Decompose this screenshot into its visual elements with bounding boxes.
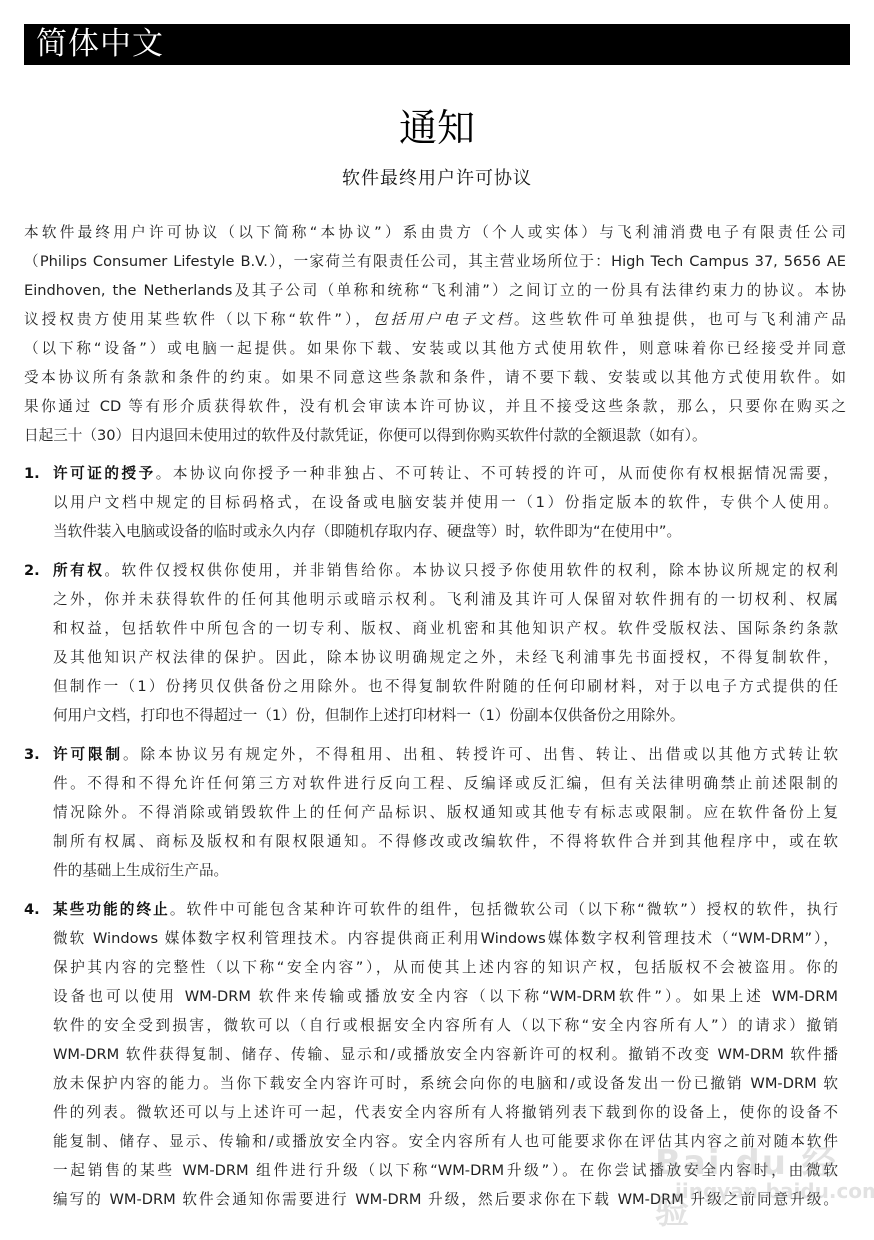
- text-line: 编写的 WM-DRM 软件会通知你需要进行 WM-DRM 升级，然后要求你在下载…: [53, 1189, 838, 1211]
- text-line: 能复制、储存、显示、传输和/或播放安全内容。安全内容所有人也可能要求你在评估其内…: [53, 1131, 838, 1153]
- section-number: 2.: [24, 560, 40, 582]
- text-line: 软件的安全受到损害，微软可以（自行或根据安全内容所有人（以下称“安全内容所有人”…: [53, 1015, 838, 1037]
- italic-phrase: 包括用户电子文档: [373, 311, 514, 328]
- text-line: 和权益，包括软件中所包含的一切专利、版权、商业机密和其他知识产权。软件受版权法、…: [53, 618, 838, 640]
- text-line: 许可限制。除本协议另有规定外，不得租用、出租、转授许可、出售、转让、出借或以其他…: [53, 744, 838, 766]
- text-line: 及其他知识产权法律的保护。因此，除本协议明确规定之外，未经飞利浦事先书面授权，不…: [53, 647, 838, 669]
- text-line: 何用户文档，打印也不得超过一（1）份，但制作上述打印材料一（1）份副本仅供备份之…: [53, 705, 838, 727]
- text-line: 日起三十（30）日内退回未使用过的软件及付款凭证，你便可以得到你购买软件付款的全…: [24, 425, 846, 447]
- text-line: 但制作一（1）份拷贝仅供备份之用除外。也不得复制软件附随的任何印刷材料，对于以电…: [53, 676, 838, 698]
- text-line: 所有权。软件仅授权供你使用，并非销售给你。本协议只授予你使用软件的权利，除本协议…: [53, 560, 838, 582]
- page-title: 通知: [0, 104, 874, 152]
- section-number: 3.: [24, 744, 40, 766]
- text-line: 放未保护内容的能力。当你下载安全内容许可时，系统会向你的电脑和/或设备发出一份已…: [53, 1073, 838, 1095]
- text-line: 本软件最终用户许可协议（以下简称“本协议”）系由贵方（个人或实体）与飞利浦消费电…: [24, 222, 846, 244]
- text-line: 许可证的授予。本协议向你授予一种非独占、不可转让、不可转授的许可，从而使你有权根…: [53, 463, 838, 485]
- text-line: 受本协议所有条款和条件的约束。如果不同意这些条款和条件，请不要下载、安装或以其他…: [24, 367, 846, 389]
- text-line: 制所有权属、商标及版权和有限权限通知。不得修改或改编软件，不得将软件合并到其他程…: [53, 831, 838, 853]
- section-heading: 某些功能的终止: [53, 901, 170, 918]
- text-line: 某些功能的终止。软件中可能包含某种许可软件的组件，包括微软公司（以下称“微软”）…: [53, 899, 838, 921]
- text-line: 一起销售的某些 WM-DRM 组件进行升级（以下称“WM-DRM升级”）。在你尝…: [53, 1160, 838, 1182]
- text-line: （Philips Consumer Lifestyle B.V.），一家荷兰有限…: [24, 251, 846, 273]
- text-run: 。除本协议另有规定外，不得租用、出租、转授许可、出售、转让、出借或以其他方式转让…: [123, 746, 838, 763]
- text-line: （以下称“设备”）或电脑一起提供。如果你下载、安装或以其他方式使用软件，则意味着…: [24, 338, 846, 360]
- text-run: 。软件中可能包含某种许可软件的组件，包括微软公司（以下称“微软”）授权的软件，执…: [170, 901, 838, 918]
- text-line: 以用户文档中规定的目标码格式，在设备或电脑安装并使用一（1）份指定版本的软件，专…: [53, 492, 838, 514]
- section-heading: 所有权: [53, 562, 104, 579]
- text-line: Eindhoven, the Netherlands及其子公司（单称和统称“飞利…: [24, 280, 846, 302]
- section-heading: 许可证的授予: [53, 465, 156, 482]
- language-label: 简体中文: [36, 25, 164, 63]
- text-line: 议授权贵方使用某些软件（以下称“软件”），包括用户电子文档。这些软件可单独提供，…: [24, 309, 846, 331]
- text-line: WM-DRM 软件获得复制、储存、传输、显示和/或播放安全内容新许可的权利。撤销…: [53, 1044, 838, 1066]
- text-line: 设备也可以使用 WM-DRM 软件来传输或播放安全内容（以下称“WM-DRM软件…: [53, 986, 838, 1008]
- text-run: 议授权贵方使用某些软件（以下称“软件”），: [24, 311, 373, 328]
- text-line: 之外，你并未获得软件的任何其他明示或暗示权利。飞利浦及其许可人保留对软件拥有的一…: [53, 589, 838, 611]
- text-run: 。这些软件可单独提供，也可与飞利浦产品: [514, 311, 846, 328]
- text-line: 果你通过 CD 等有形介质获得软件，没有机会审读本许可协议，并且不接受这些条款，…: [24, 396, 846, 418]
- text-line: 情况除外。不得消除或销毁软件上的任何产品标识、版权通知或其他专有标志或限制。应在…: [53, 802, 838, 824]
- text-line: 保护其内容的完整性（以下称“安全内容”），从而使其上述内容的知识产权，包括版权不…: [53, 957, 838, 979]
- text-line: 件的基础上生成衍生产品。: [53, 860, 838, 882]
- section-number: 1.: [24, 463, 40, 485]
- text-line: 当软件装入电脑或设备的临时或永久内存（即随机存取内存、硬盘等）时，软件即为“在使…: [53, 521, 838, 543]
- language-header-bar: 简体中文: [24, 24, 850, 65]
- text-run: 。软件仅授权供你使用，并非销售给你。本协议只授予你使用软件的权利，除本协议所规定…: [104, 562, 838, 579]
- page-subtitle: 软件最终用户许可协议: [0, 166, 874, 192]
- section-number: 4.: [24, 899, 40, 921]
- text-run: 。本协议向你授予一种非独占、不可转让、不可转授的许可，从而使你有权根据情况需要，: [156, 465, 838, 482]
- text-line: 微软 Windows 媒体数字权利管理技术。内容提供商正利用Windows媒体数…: [53, 928, 838, 950]
- text-line: 件。不得和不得允许任何第三方对软件进行反向工程、反编译或反汇编，但有关法律明确禁…: [53, 773, 838, 795]
- section-heading: 许可限制: [53, 746, 123, 763]
- text-line: 件的列表。微软还可以与上述许可一起，代表安全内容所有人将撤销列表下载到你的设备上…: [53, 1102, 838, 1124]
